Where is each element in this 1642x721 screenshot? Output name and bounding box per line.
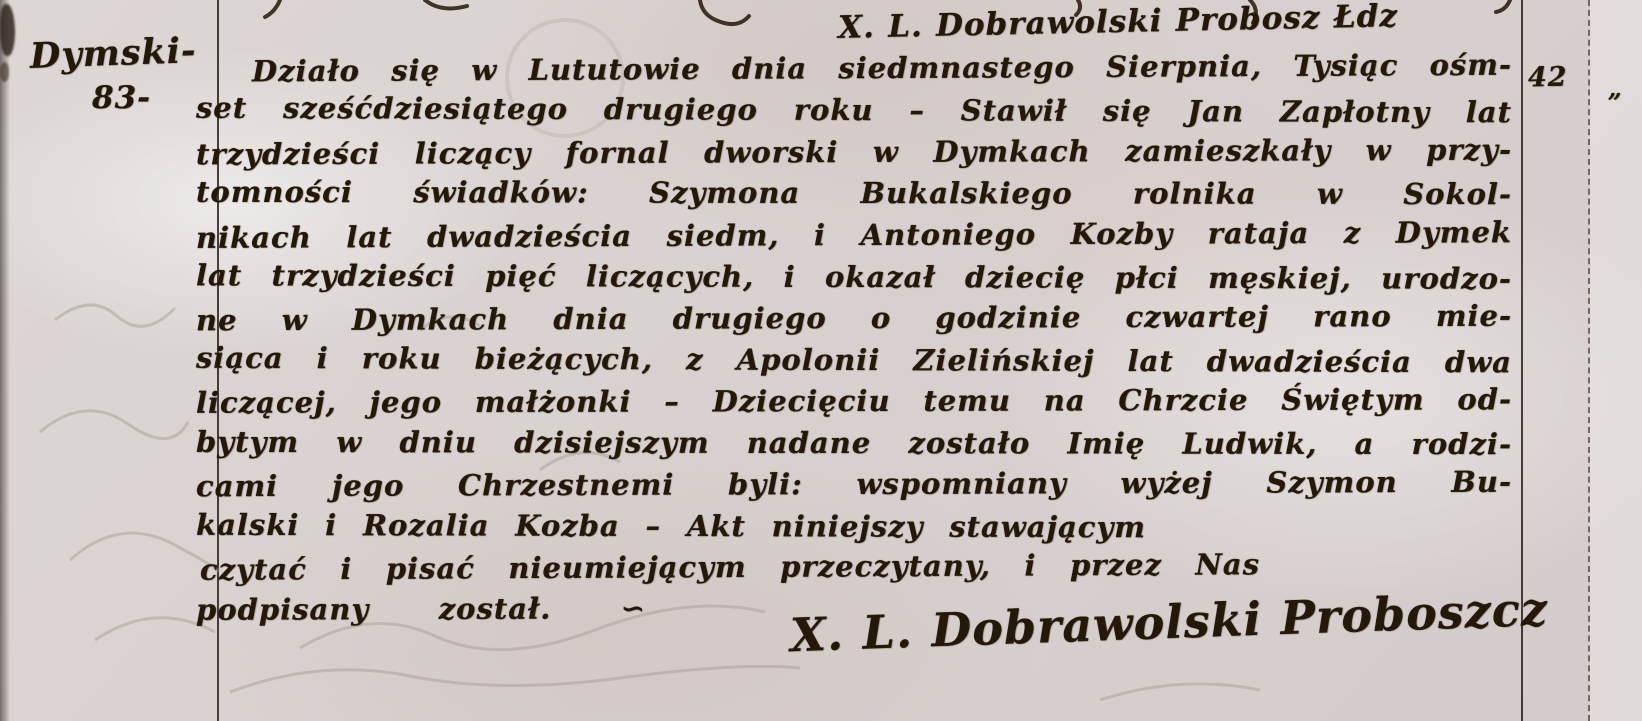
body-line: tomności świadków: Szymona Bukalskiego r…: [196, 177, 1512, 210]
page-right-margin-paper: [1590, 0, 1642, 721]
body-line: siąca i roku bieżących, z Apolonii Zieli…: [196, 343, 1512, 378]
register-page-scan: Dymski- 83- 42 „ X. L. Dobrawolski Probo…: [0, 0, 1642, 721]
body-line: kalski i Rozalia Kozba – Akt niniejszy s…: [196, 510, 1146, 543]
body-line: czytać i pisać nieumiejącym przeczytany,…: [200, 549, 1260, 585]
margin-entry-name: Dymski-: [29, 33, 197, 76]
body-line: Działo się w Lututowie dnia siedmnastego…: [252, 50, 1512, 87]
body-line: trzydzieści liczący fornal dworski w Dym…: [196, 135, 1512, 170]
ink-blot-left: [0, 62, 9, 82]
body-line: lat trzydzieści pięć liczących, i okazał…: [196, 260, 1512, 294]
margin-entry-number: 83-: [92, 82, 151, 115]
priest-signature: X. L. Dobrawolski Proboszcz: [789, 585, 1548, 660]
body-line: cami jego Chrzestnemi byli: wspomniany w…: [196, 467, 1512, 502]
body-line: set sześćdziesiątego drugiego roku – Sta…: [196, 93, 1512, 128]
body-line: liczącej, jego małżonki – Dziecięciu tem…: [196, 384, 1512, 418]
body-line: podpisany został. ∽: [196, 593, 646, 625]
body-line: bytym w dniu dzisiejszym nadane zostało …: [196, 427, 1512, 460]
body-line: ne w Dymkach dnia drugiego o godzinie cz…: [196, 301, 1512, 336]
page-left-edge-shadow: [0, 0, 10, 721]
folio-column-dashed-rule: [1588, 0, 1590, 721]
folio-number: 42: [1528, 64, 1568, 93]
ink-blot-top-left: [0, 4, 15, 56]
body-line: nikach lat dwadzieścia siedm, i Antonieg…: [196, 217, 1512, 253]
previous-entry-signature: X. L. Dobrawolski Probosz Łdz: [838, 0, 1399, 44]
folio-ditto-mark: „: [1608, 76, 1623, 101]
